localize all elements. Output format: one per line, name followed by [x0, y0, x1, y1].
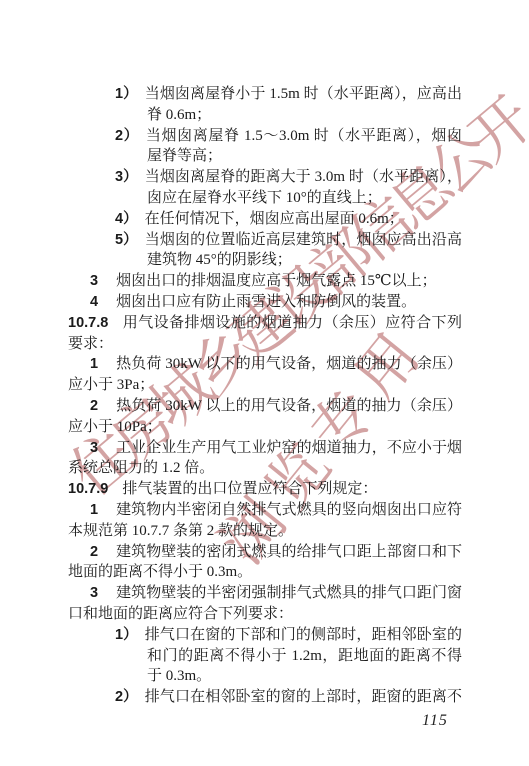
item-number: 3）	[115, 169, 138, 185]
line-text: 系统总阻力的 1.2 倍。	[68, 460, 214, 476]
line-text: 于 0.3m。	[147, 668, 211, 684]
line-text: 建筑物 45°的阴影线；	[147, 252, 292, 268]
text-line: 2热负荷 30kW 以上的用气设备，烟道的抽力（余压）不	[68, 396, 462, 417]
text-line: 4）在任何情况下，烟囱应高出屋面 0.6m；	[68, 209, 462, 230]
text-line: 本规范第 10.7.7 条第 2 款的规定。	[68, 521, 462, 542]
text-line: 地面的距离不得小于 0.3m。	[68, 562, 462, 583]
item-number: 2）	[115, 689, 138, 705]
line-text: 地面的距离不得小于 0.3m。	[68, 564, 252, 580]
item-number: 10.7.9	[68, 481, 108, 497]
text-line: 1）当烟囱离屋脊小于 1.5m 时（水平距离），应高出屋	[68, 84, 462, 105]
line-text: 排气口在相邻卧室的窗的上部时，距窗的距离不得	[115, 689, 462, 708]
item-number: 1）	[115, 86, 138, 102]
text-line: 3）当烟囱离屋脊的距离大于 3.0m 时（水平距离），烟	[68, 167, 462, 188]
text-line: 脊 0.6m；	[68, 105, 462, 126]
line-text: 排气口在窗的下部和门的侧部时，距相邻卧室的窗	[115, 627, 462, 646]
text-line: 10.7.8用气设备排烟设施的烟道抽力（余压）应符合下列	[68, 313, 462, 334]
line-text: 应小于 3Pa；	[68, 377, 154, 393]
text-line: 应小于 3Pa；	[68, 375, 462, 396]
line-text: 当烟囱离屋脊的距离大于 3.0m 时（水平距离），烟	[115, 169, 462, 188]
line-text: 烟囱出口应有防止雨雪进入和防倒风的装置。	[116, 294, 416, 310]
line-text: 用气设备排烟设施的烟道抽力（余压）应符合下列	[122, 315, 462, 331]
line-text: 和门的距离不得小于 1.2m，距地面的距离不得小	[147, 648, 462, 667]
item-number: 5）	[115, 232, 138, 248]
line-text: 热负荷 30kW 以上的用气设备，烟道的抽力（余压）不	[90, 398, 462, 417]
line-text: 屋脊等高；	[147, 148, 222, 164]
item-number: 4）	[115, 211, 138, 227]
text-line: 3烟囱出口的排烟温度应高于烟气露点 15℃以上；	[68, 271, 462, 292]
text-line: 3工业企业生产用气工业炉窑的烟道抽力，不应小于烟气	[68, 438, 462, 459]
item-number: 3	[90, 273, 98, 289]
item-number: 1	[90, 502, 98, 518]
text-line: 囱应在屋脊水平线下 10°的直线上；	[68, 188, 462, 209]
text-line: 4烟囱出口应有防止雨雪进入和防倒风的装置。	[68, 292, 462, 313]
line-text: 当烟囱离屋脊 1.5～3.0m 时（水平距离），烟囱可与	[115, 128, 462, 147]
line-text: 囱应在屋脊水平线下 10°的直线上；	[147, 190, 382, 206]
body-text: 1）当烟囱离屋脊小于 1.5m 时（水平距离），应高出屋脊 0.6m；2）当烟囱…	[68, 84, 462, 708]
text-line: 2）排气口在相邻卧室的窗的上部时，距窗的距离不得	[68, 687, 462, 708]
line-text: 口和地面的距离应符合下列要求：	[68, 606, 293, 622]
line-text: 当烟囱离屋脊小于 1.5m 时（水平距离），应高出屋	[115, 86, 462, 105]
line-text: 工业企业生产用气工业炉窑的烟道抽力，不应小于烟气	[90, 440, 462, 459]
text-line: 应小于 10Pa；	[68, 417, 462, 438]
item-number: 3	[90, 440, 98, 456]
line-text: 本规范第 10.7.7 条第 2 款的规定。	[68, 523, 293, 539]
item-number: 4	[90, 294, 98, 310]
text-line: 5）当烟囱的位置临近高层建筑时，烟囱应高出沿高层	[68, 230, 462, 251]
text-line: 于 0.3m。	[68, 666, 462, 687]
text-line: 建筑物 45°的阴影线；	[68, 250, 462, 271]
text-line: 2建筑物壁装的密闭式燃具的给排气口距上部窗口和下部	[68, 542, 462, 563]
text-line: 和门的距离不得小于 1.2m，距地面的距离不得小	[68, 646, 462, 667]
text-line: 1热负荷 30kW 以下的用气设备，烟道的抽力（余压）不	[68, 354, 462, 375]
line-text: 烟囱出口的排烟温度应高于烟气露点 15℃以上；	[116, 273, 437, 289]
text-line: 10.7.9排气装置的出口位置应符合下列规定：	[68, 479, 462, 500]
item-number: 3	[90, 585, 98, 601]
item-number: 2	[90, 544, 98, 560]
line-text: 排气装置的出口位置应符合下列规定：	[122, 481, 377, 497]
text-line: 系统总阻力的 1.2 倍。	[68, 458, 462, 479]
text-line: 1）排气口在窗的下部和门的侧部时，距相邻卧室的窗	[68, 625, 462, 646]
line-text: 要求：	[68, 336, 113, 352]
line-text: 应小于 10Pa；	[68, 419, 162, 435]
text-line: 口和地面的距离应符合下列要求：	[68, 604, 462, 625]
text-line: 2）当烟囱离屋脊 1.5～3.0m 时（水平距离），烟囱可与	[68, 126, 462, 147]
document-page: 住房城乡建设部信息公开 浏览专用 1）当烟囱离屋脊小于 1.5m 时（水平距离）…	[0, 0, 529, 766]
line-text: 当烟囱的位置临近高层建筑时，烟囱应高出沿高层	[115, 232, 462, 251]
item-number: 10.7.8	[68, 315, 108, 331]
item-number: 1）	[115, 627, 138, 643]
line-text: 在任何情况下，烟囱应高出屋面 0.6m；	[145, 211, 404, 227]
line-text: 建筑物壁装的密闭式燃具的给排气口距上部窗口和下部	[90, 544, 462, 563]
line-text: 脊 0.6m；	[147, 107, 211, 123]
line-text: 热负荷 30kW 以下的用气设备，烟道的抽力（余压）不	[90, 356, 462, 375]
text-line: 3建筑物壁装的半密闭强制排气式燃具的排气口距门窗洞	[68, 583, 462, 604]
text-line: 1建筑物内半密闭自然排气式燃具的竖向烟囱出口应符合	[68, 500, 462, 521]
line-text: 建筑物内半密闭自然排气式燃具的竖向烟囱出口应符合	[90, 502, 462, 521]
text-line: 要求：	[68, 334, 462, 355]
item-number: 2	[90, 398, 98, 414]
text-line: 屋脊等高；	[68, 146, 462, 167]
line-text: 建筑物壁装的半密闭强制排气式燃具的排气口距门窗洞	[90, 585, 462, 604]
item-number: 1	[90, 356, 98, 372]
item-number: 2）	[115, 128, 139, 144]
page-number: 115	[422, 712, 448, 730]
